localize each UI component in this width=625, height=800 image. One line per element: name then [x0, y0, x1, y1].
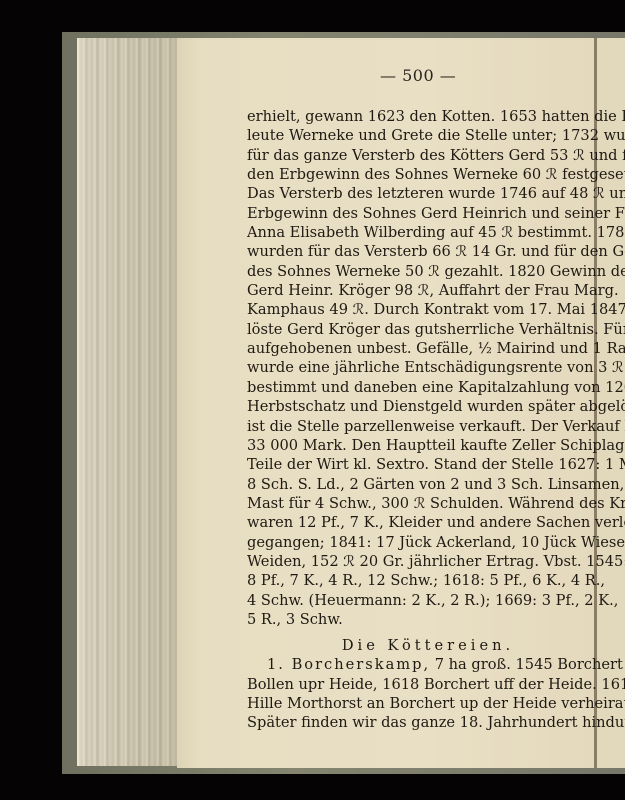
text-line: Weiden, 152 ℛ 20 Gr. jährlicher Ertrag. …: [247, 552, 599, 571]
text-line: 1. Borcherskamp, 7 ha groß. 1545 Borcher…: [247, 655, 599, 674]
text-line: Gerd Heinr. Kröger 98 ℛ, Auffahrt der Fr…: [247, 281, 599, 300]
page-number: — 500 —: [380, 66, 456, 85]
text-line: gegangen; 1841: 17 Jück Ackerland, 10 Jü…: [247, 533, 599, 552]
text-line: Teile der Wirt kl. Sextro. Stand der Ste…: [247, 455, 599, 474]
text-line: Anna Elisabeth Wilberding auf 45 ℛ besti…: [247, 223, 599, 242]
text-line: den Erbgewinn des Sohnes Werneke 60 ℛ fe…: [247, 165, 599, 184]
text-line: aufgehobenen unbest. Gefälle, ½ Mairind …: [247, 339, 599, 358]
text-line: Das Versterb des letzteren wurde 1746 au…: [247, 184, 599, 203]
page-body: erhielt, gewann 1623 den Kotten. 1653 ha…: [247, 107, 599, 733]
text-line: 8 Sch. S. Ld., 2 Gärten von 2 und 3 Sch.…: [247, 475, 599, 494]
text-line: waren 12 Pf., 7 K., Kleider und andere S…: [247, 513, 599, 532]
text-line: Kamphaus 49 ℛ. Durch Kontrakt vom 17. Ma…: [247, 300, 599, 319]
text-line: Hille Morthorst an Borchert up der Heide…: [247, 694, 599, 713]
text-line: leute Werneke und Grete die Stelle unter…: [247, 126, 599, 145]
text-line: Später finden wir das ganze 18. Jahrhund…: [247, 713, 599, 732]
page-edges: [77, 38, 180, 766]
text-line: des Sohnes Werneke 50 ℛ gezahlt. 1820 Ge…: [247, 262, 599, 281]
text-line: 5 R., 3 Schw.: [247, 610, 599, 629]
text-line: 33 000 Mark. Den Hauptteil kaufte Zeller…: [247, 436, 599, 455]
entry-text: 7 ha groß. 1545 Borchert to: [430, 656, 625, 673]
entry-title: 1. Borcherskamp,: [267, 656, 430, 673]
text-line: wurde eine jährliche Entschädigungsrente…: [247, 358, 599, 377]
text-line: 8 Pf., 7 K., 4 R., 12 Schw.; 1618: 5 Pf.…: [247, 571, 599, 590]
text-line: löste Gerd Kröger das gutsherrliche Verh…: [247, 320, 599, 339]
text-line: ist die Stelle parzellenweise verkauft. …: [247, 417, 599, 436]
text-line: Mast für 4 Schw., 300 ℛ Schulden. Währen…: [247, 494, 599, 513]
text-line: Bollen upr Heide, 1618 Borchert uff der …: [247, 675, 599, 694]
text-line: Herbstschatz und Dienstgeld wurden späte…: [247, 397, 599, 416]
text-line: bestimmt und daneben eine Kapitalzahlung…: [247, 378, 599, 397]
text-line: für das ganze Versterb des Kötters Gerd …: [247, 146, 599, 165]
text-line: wurden für das Versterb 66 ℛ 14 Gr. und …: [247, 242, 599, 261]
text-line: Erbgewinn des Sohnes Gerd Heinrich und s…: [247, 204, 599, 223]
text-line: 4 Schw. (Heuermann: 2 K., 2 R.); 1669: 3…: [247, 591, 599, 610]
text-line: erhielt, gewann 1623 den Kotten. 1653 ha…: [247, 107, 599, 126]
section-heading: Die Köttereien.: [247, 629, 599, 655]
